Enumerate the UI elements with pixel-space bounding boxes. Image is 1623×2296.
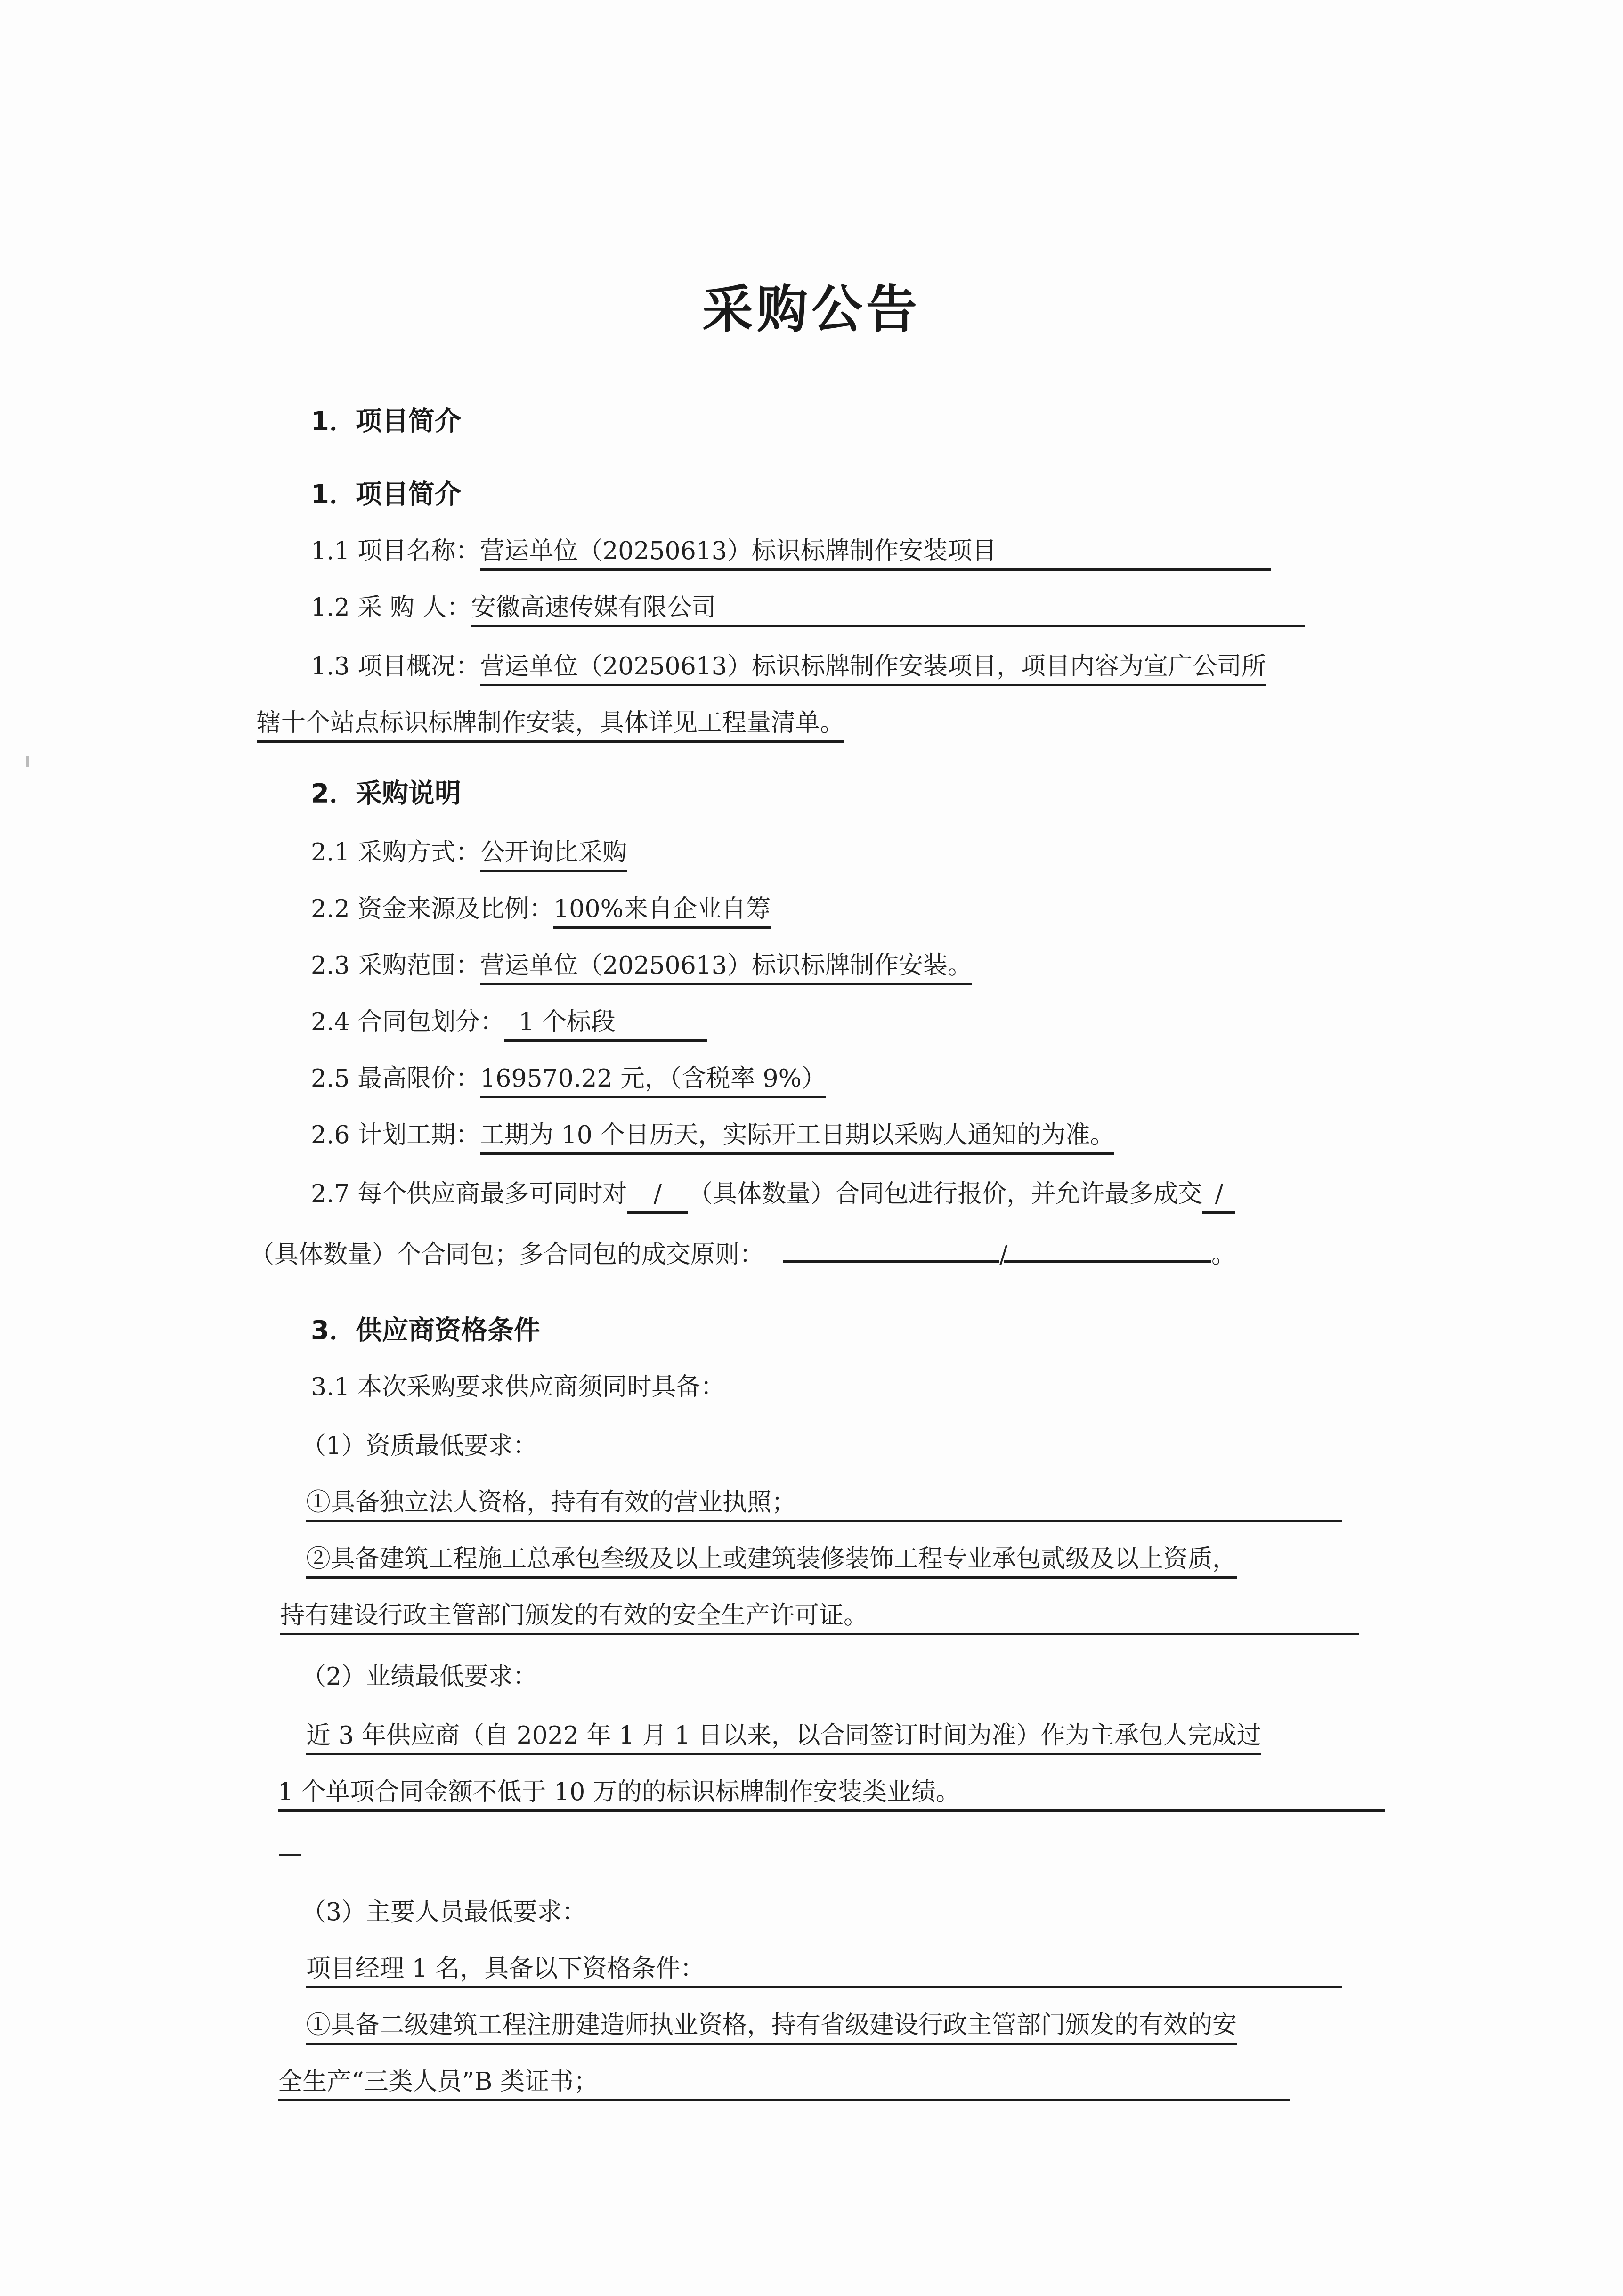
item-2-7-text-2: （具体数量）合同包进行报价，并允许最多成交 (688, 1180, 1202, 1208)
item-2-4-label: 2.4 合同包划分： (311, 1008, 504, 1036)
item-2-7-end: 。 (1211, 1241, 1236, 1269)
item-2-1: 2.1 采购方式：公开询比采购 (311, 836, 627, 872)
item-1-3-label: 1.3 项目概况： (311, 652, 480, 681)
req-2-dash: — (278, 1837, 302, 1870)
item-2-5-label: 2.5 最高限价： (311, 1064, 480, 1093)
item-2-7-blank-3-slash: / (999, 1238, 1004, 1271)
req-1-item-2: ②具备建筑工程施工总承包叁级及以上或建筑装修装饰工程专业承包贰级及以上资质， (306, 1542, 1237, 1579)
item-3-1: 3.1 本次采购要求供应商须同时具备： (311, 1371, 725, 1404)
item-2-4-value: 1 个标段 (504, 1006, 707, 1042)
section-heading-1-repeat: 1．项目简介 (311, 478, 461, 511)
req-3-item-1-text-1: ①具备二级建筑工程注册建造师执业资格，持有省级建设行政主管部门颁发的有效的安 (306, 2009, 1237, 2045)
item-2-6-label: 2.6 计划工期： (311, 1121, 480, 1149)
section-heading-3: 3．供应商资格条件 (311, 1314, 540, 1347)
item-2-6: 2.6 计划工期：工期为 10 个日历天，实际开工日期以采购人通知的为准。 (311, 1119, 1114, 1155)
item-2-1-value: 公开询比采购 (480, 836, 627, 872)
item-2-5-value: 169570.22 元，（含税率 9%） (480, 1062, 826, 1098)
item-2-4: 2.4 合同包划分：1 个标段 (311, 1006, 707, 1042)
req-1-item-2-text-1: ②具备建筑工程施工总承包叁级及以上或建筑装修装饰工程专业承包贰级及以上资质， (306, 1542, 1237, 1579)
item-1-1: 1.1 项目名称：营运单位（20250613）标识标牌制作安装项目 (311, 535, 1271, 571)
item-2-7-blank-3a (783, 1234, 999, 1263)
item-1-3: 1.3 项目概况：营运单位（20250613）标识标牌制作安装项目，项目内容为宣… (311, 650, 1266, 686)
section-heading-2: 2．采购说明 (311, 777, 461, 810)
req-2-text: 近 3 年供应商（自 2022 年 1 月 1 日以来，以合同签订时间为准）作为… (306, 1719, 1261, 1755)
item-2-6-value: 工期为 10 个日历天，实际开工日期以采购人通知的为准。 (480, 1119, 1114, 1155)
item-1-2-label: 1.2 采 购 人： (311, 593, 471, 622)
item-1-3-value-line2: 辖十个站点标识标牌制作安装，具体详见工程量清单。 (257, 706, 844, 743)
item-1-1-value: 营运单位（20250613）标识标牌制作安装项目 (480, 535, 1271, 571)
item-2-7-cont: （具体数量）个合同包；多合同包的成交原则：/。 (250, 1234, 1236, 1271)
item-2-7-blank-1: / (627, 1177, 688, 1214)
item-2-3-value: 营运单位（20250613）标识标牌制作安装。 (480, 949, 972, 985)
section-heading-1: 1．项目简介 (311, 405, 461, 438)
item-1-3-cont: 辖十个站点标识标牌制作安装，具体详见工程量清单。 (257, 706, 844, 743)
req-1-item-1-text: ①具备独立法人资格，持有有效的营业执照； (306, 1486, 1342, 1522)
item-2-2: 2.2 资金来源及比例：100%来自企业自筹 (311, 892, 771, 929)
req-2-text-2: 1 个单项合同金额不低于 10 万的的标识标牌制作安装类业绩。 (278, 1776, 1385, 1812)
document-title: 采购公告 (0, 268, 1623, 341)
req-1-heading: （1）资质最低要求： (301, 1429, 537, 1462)
req-3-item-1: ①具备二级建筑工程注册建造师执业资格，持有省级建设行政主管部门颁发的有效的安 (306, 2009, 1237, 2045)
item-2-7-blank-3b (1004, 1234, 1211, 1263)
item-2-1-label: 2.1 采购方式： (311, 838, 480, 867)
req-2-text-1: 近 3 年供应商（自 2022 年 1 月 1 日以来，以合同签订时间为准）作为… (306, 1719, 1261, 1755)
item-2-3-label: 2.3 采购范围： (311, 951, 480, 980)
item-1-1-label: 1.1 项目名称： (311, 537, 480, 565)
req-1-item-2-text-2: 持有建设行政主管部门颁发的有效的安全生产许可证。 (280, 1599, 1359, 1635)
document-page: 采购公告 1．项目简介 1．项目简介 1.1 项目名称：营运单位（2025061… (0, 0, 1623, 2296)
item-2-7-blank-2: / (1202, 1177, 1235, 1214)
item-2-2-value: 100%来自企业自筹 (553, 892, 771, 929)
req-1-item-1: ①具备独立法人资格，持有有效的营业执照； (306, 1486, 1342, 1522)
item-2-7: 2.7 每个供应商最多可同时对/（具体数量）合同包进行报价，并允许最多成交/ (311, 1177, 1235, 1214)
item-1-2-value: 安徽高速传媒有限公司 (471, 591, 1305, 627)
req-3-item-1-text-2: 全生产“三类人员”B 类证书； (278, 2065, 1290, 2101)
item-2-5: 2.5 最高限价：169570.22 元，（含税率 9%） (311, 1062, 826, 1098)
req-3-item-1-cont: 全生产“三类人员”B 类证书； (278, 2065, 1290, 2101)
scan-speck (26, 756, 29, 767)
item-1-3-value-line1: 营运单位（20250613）标识标牌制作安装项目，项目内容为宣广公司所 (480, 650, 1266, 686)
req-2-text-cont: 1 个单项合同金额不低于 10 万的的标识标牌制作安装类业绩。 (278, 1776, 1385, 1812)
req-2-heading: （2）业绩最低要求： (301, 1660, 537, 1693)
item-2-2-label: 2.2 资金来源及比例： (311, 895, 553, 923)
item-2-7-text-3: （具体数量）个合同包；多合同包的成交原则： (250, 1241, 764, 1269)
req-3-pm: 项目经理 1 名，具备以下资格条件： (306, 1952, 1342, 1988)
item-1-2: 1.2 采 购 人：安徽高速传媒有限公司 (311, 591, 1305, 627)
req-3-pm-text: 项目经理 1 名，具备以下资格条件： (306, 1952, 1342, 1988)
item-2-7-text-1: 2.7 每个供应商最多可同时对 (311, 1180, 627, 1208)
req-1-item-2-cont: 持有建设行政主管部门颁发的有效的安全生产许可证。 (280, 1599, 1359, 1635)
item-2-3: 2.3 采购范围：营运单位（20250613）标识标牌制作安装。 (311, 949, 972, 985)
req-3-heading: （3）主要人员最低要求： (301, 1896, 586, 1929)
